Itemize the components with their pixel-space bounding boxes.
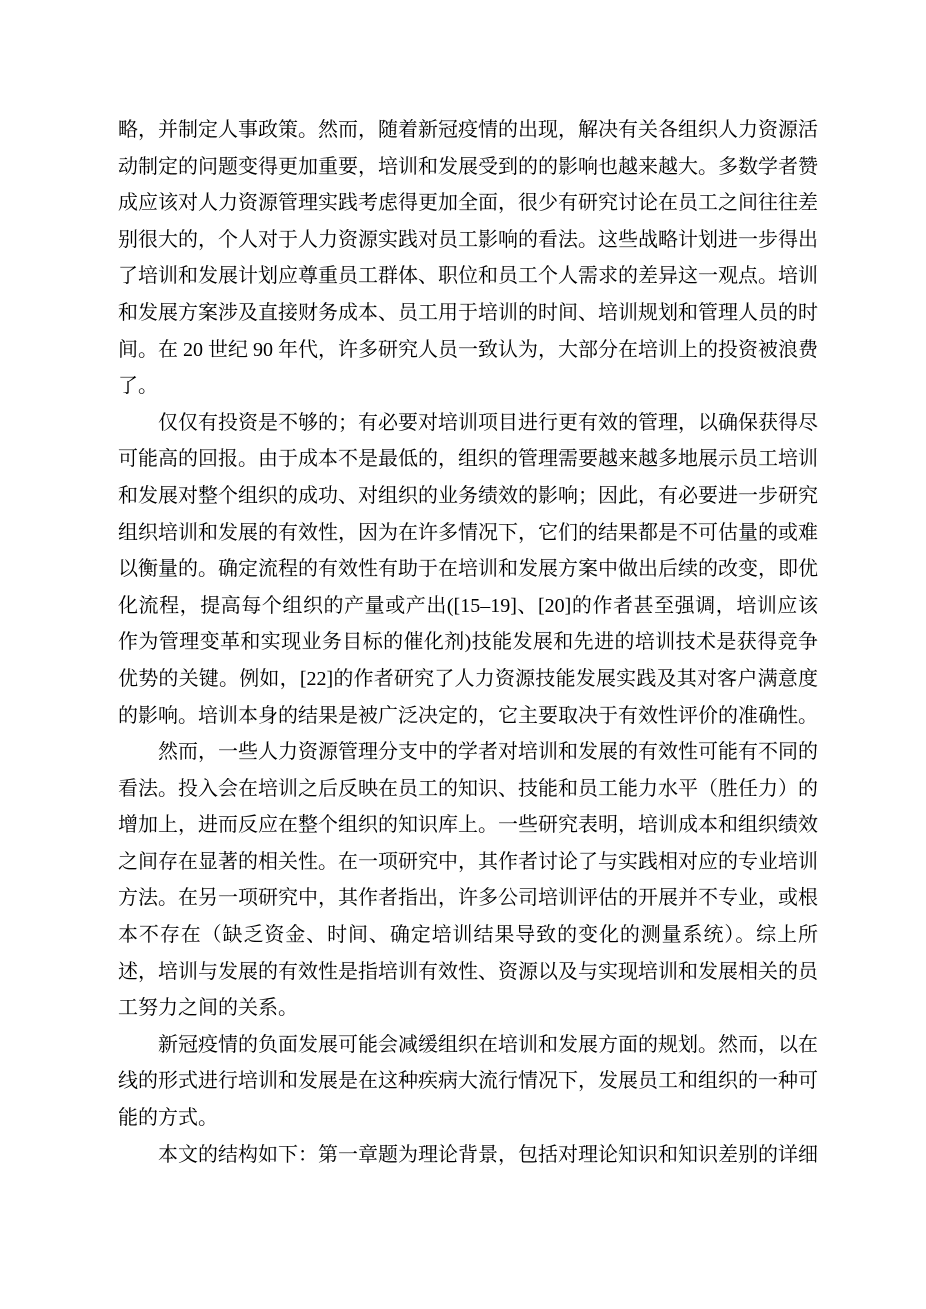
paragraph-investment-management: 仅仅有投资是不够的；有必要对培训项目进行更有效的管理，以确保获得尽可能高的回报。… — [118, 405, 818, 734]
paragraph-continuation: 略，并制定人事政策。然而，随着新冠疫情的出现，解决有关各组织人力资源活动制定的问… — [118, 112, 818, 405]
text-block: 略，并制定人事政策。然而，随着新冠疫情的出现，解决有关各组织人力资源活动制定的问… — [118, 112, 818, 1173]
paragraph-hrm-scholars-views: 然而，一些人力资源管理分支中的学者对培训和发展的有效性可能有不同的看法。投入会在… — [118, 734, 818, 1027]
document-page: 略，并制定人事政策。然而，随着新冠疫情的出现，解决有关各组织人力资源活动制定的问… — [0, 0, 926, 1309]
paragraph-pandemic-online-training: 新冠疫情的负面发展可能会减缓组织在培训和发展方面的规划。然而，以在线的形式进行培… — [118, 1027, 818, 1137]
paragraph-structure-overview: 本文的结构如下：第一章题为理论背景，包括对理论知识和知识差别的详细 — [118, 1137, 818, 1174]
